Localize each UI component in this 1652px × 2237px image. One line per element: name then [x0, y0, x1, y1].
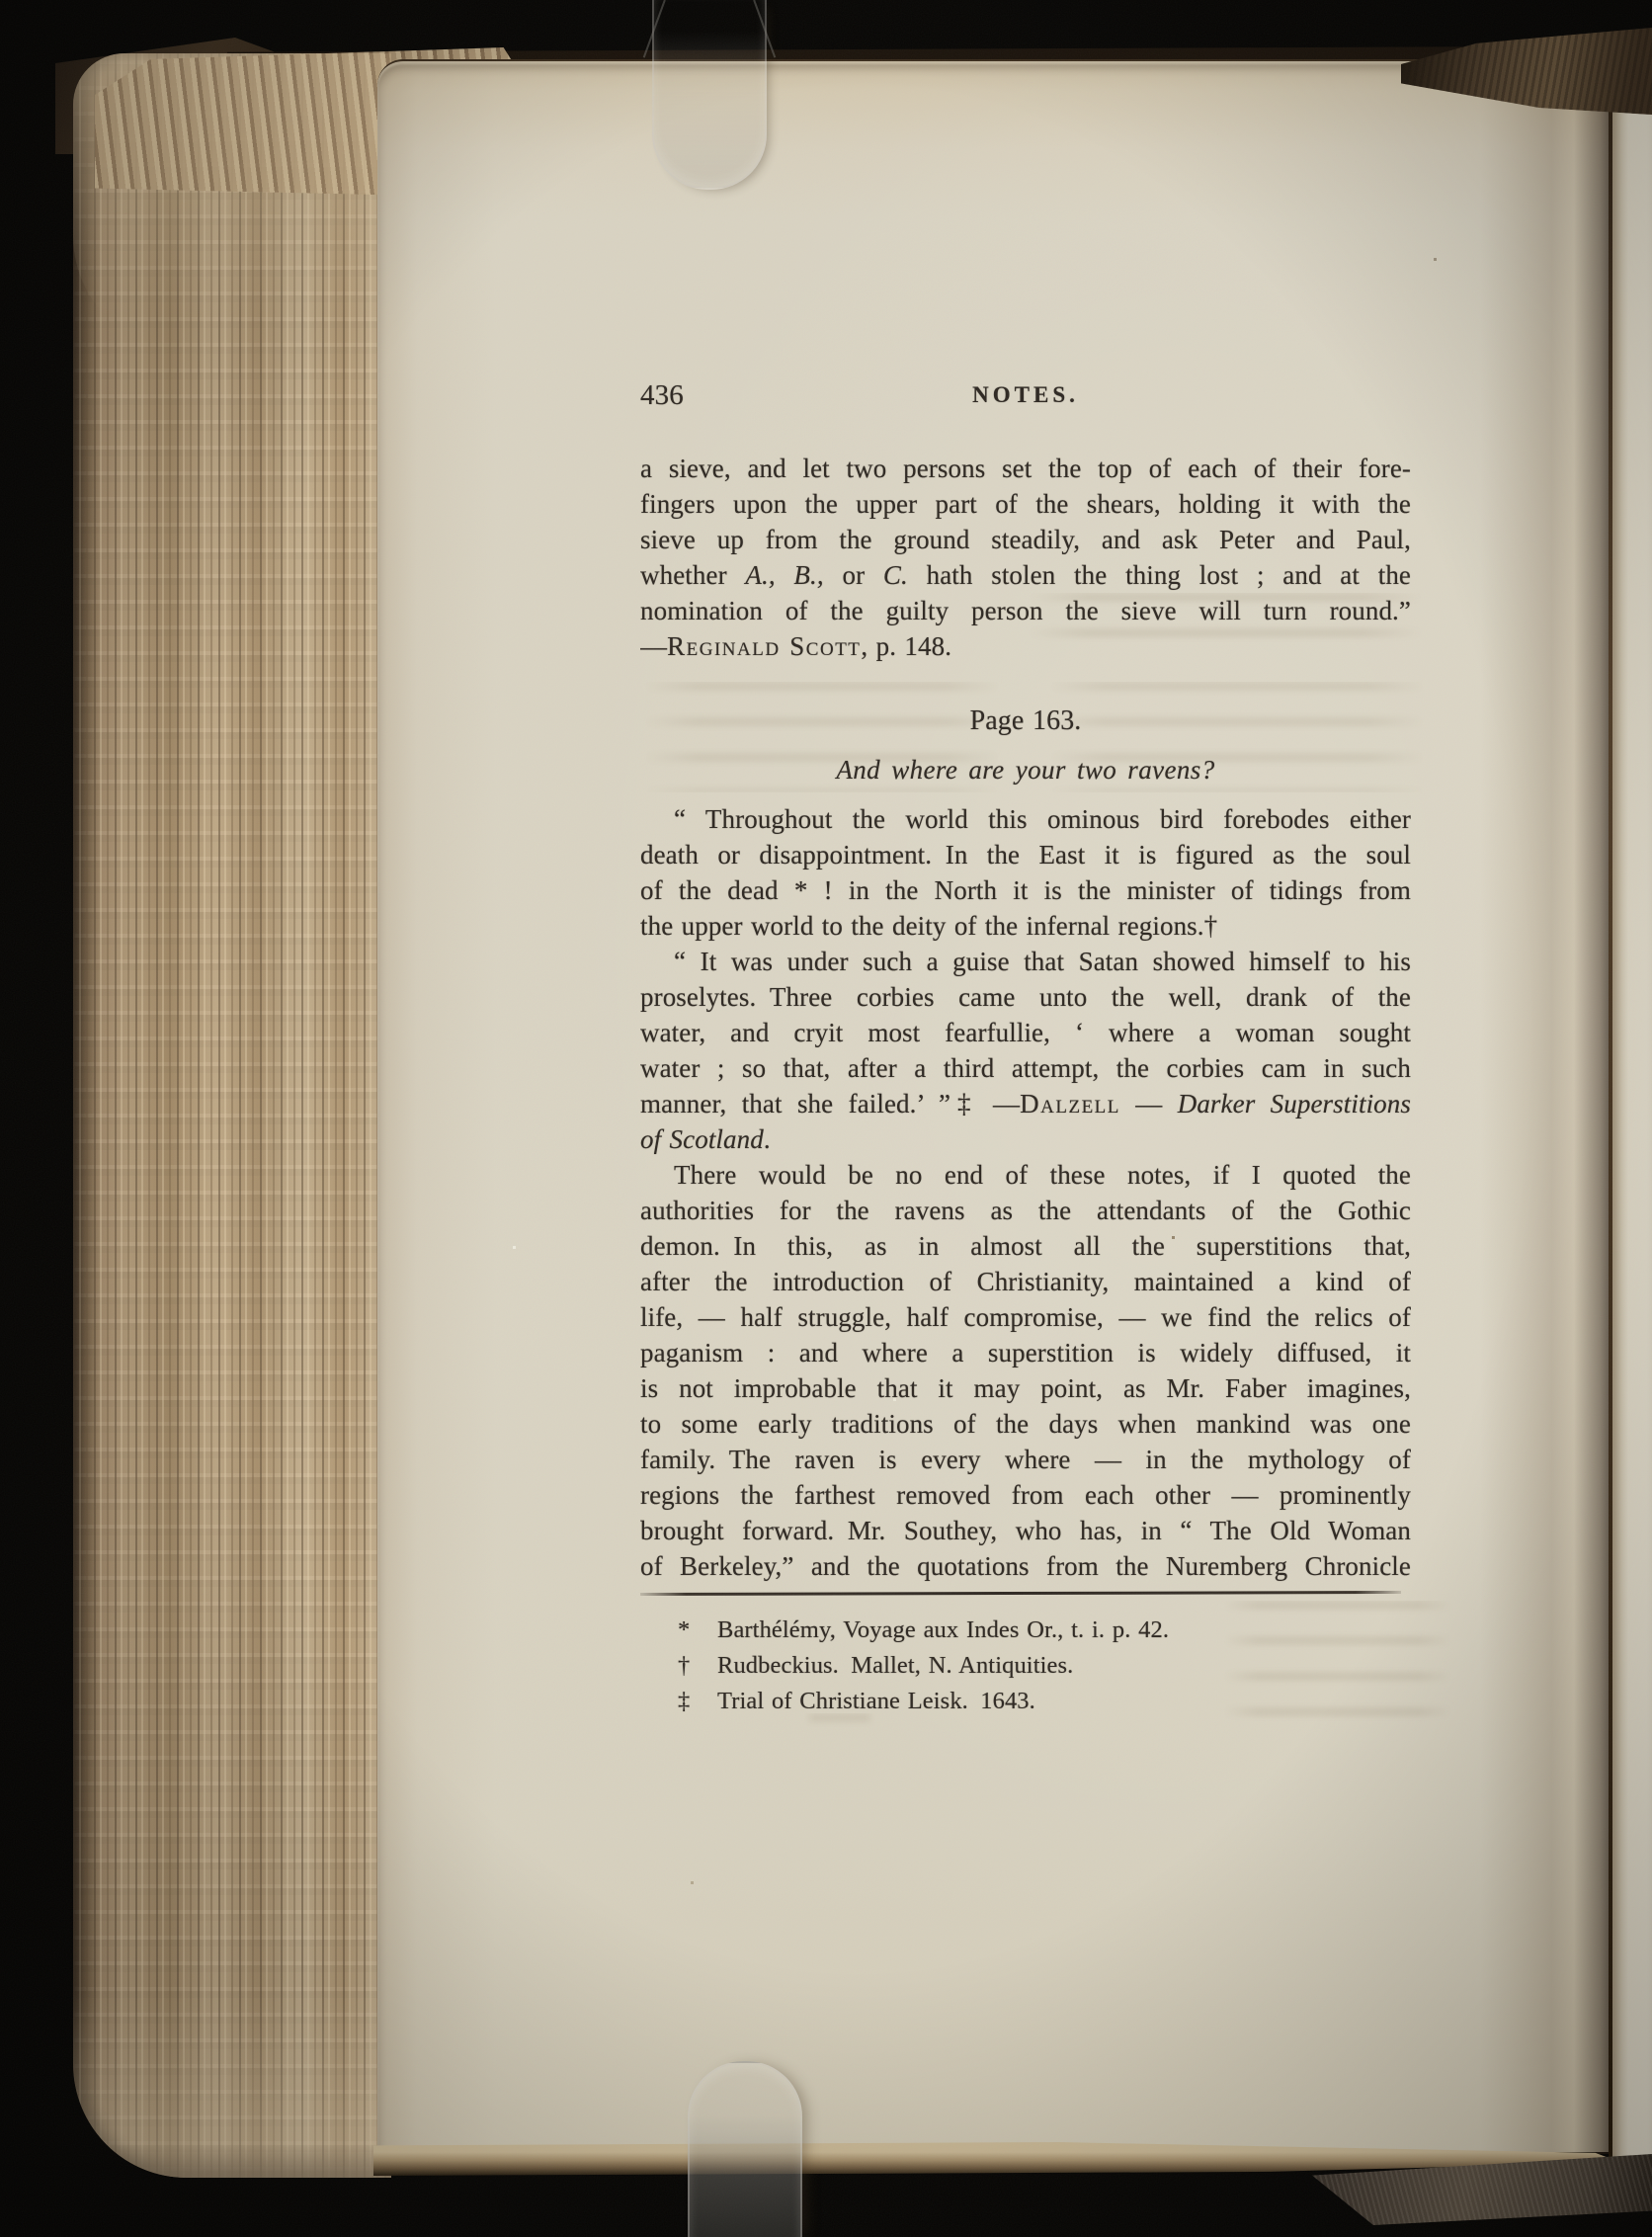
text-line: is not improbable that it may point, as …: [640, 1370, 1411, 1406]
gutter-shadow: [1480, 59, 1611, 2154]
text-line: regions the farthest removed from each o…: [640, 1477, 1411, 1513]
text-line: sieve up from the ground steadily, and a…: [640, 522, 1411, 557]
paragraph-group-main: “ Throughout the world this ominous bird…: [640, 801, 1411, 1584]
page-holder-strap-bottom: [688, 2061, 802, 2237]
text-line: of Scotland.: [640, 1121, 1411, 1157]
text-line: whether A., B., or C. hath stolen the th…: [640, 557, 1411, 593]
ravens-omen-paragraph: “ Throughout the world this ominous bird…: [640, 801, 1411, 944]
text-line: brought forward. Mr. Southey, who has, i…: [640, 1513, 1411, 1548]
text-line: authorities for the ravens as the attend…: [640, 1193, 1411, 1228]
paragraph-group-top: a sieve, and let two persons set the top…: [640, 451, 1411, 664]
text-line: of Berkeley,” and the quotations from th…: [640, 1548, 1411, 1584]
raven-mythology-paragraph: There would be no end of these notes, if…: [640, 1157, 1411, 1584]
footnote: ‡Trial of Christiane Leisk. 1643.: [678, 1684, 1411, 1719]
footnote: *Barthélémy, Voyage aux Indes Or., t. i.…: [678, 1613, 1411, 1648]
text-line: demon. In this, as in almost all the sup…: [640, 1228, 1411, 1264]
text-line: “ Throughout the world this ominous bird…: [640, 801, 1411, 837]
text-line: of the dead * ! in the North it is the m…: [640, 872, 1411, 908]
text-line: water, and cryit most fearfullie, ‘ wher…: [640, 1015, 1411, 1050]
running-head: NOTES.: [972, 377, 1079, 413]
text-line: fingers upon the upper part of the shear…: [640, 486, 1411, 522]
footnote-marker: *: [678, 1613, 717, 1648]
text-line: a sieve, and let two persons set the top…: [640, 451, 1411, 486]
text-line: after the introduction of Christianity, …: [640, 1264, 1411, 1299]
text-line: manner, that she failed.’ ”‡ —Dalzell — …: [640, 1086, 1411, 1121]
section-heading: Page 163.: [640, 704, 1411, 739]
footnotes-block: *Barthélémy, Voyage aux Indes Or., t. i.…: [640, 1613, 1411, 1719]
text-line: There would be no end of these notes, if…: [640, 1157, 1411, 1193]
footnote-text: Rudbeckius. Mallet, N. Antiquities.: [717, 1652, 1073, 1679]
facing-page-edge: [1612, 61, 1652, 2176]
text-line: paganism : and where a superstition is w…: [640, 1335, 1411, 1370]
footnote-text: Barthélémy, Voyage aux Indes Or., t. i. …: [717, 1616, 1169, 1643]
page-stack-fore-edge: [73, 53, 391, 2178]
text-line: to some early traditions of the days whe…: [640, 1406, 1411, 1442]
text-line: death or disappointment. In the East it …: [640, 837, 1411, 872]
text-line: nomination of the guilty person the siev…: [640, 593, 1411, 628]
epigraph-line: And where are your two ravens?: [640, 752, 1411, 787]
page-holder-strap-top: [652, 0, 767, 190]
text-line: life, — half struggle, half compromise, …: [640, 1299, 1411, 1335]
page-header: 436 NOTES.: [640, 377, 1411, 413]
text-line: family. The raven is every where — in th…: [640, 1442, 1411, 1477]
page-number: 436: [640, 379, 684, 411]
text-line: water ; so that, after a third attempt, …: [640, 1050, 1411, 1086]
dust-specks: [0, 0, 1, 1]
footnote-rule: [640, 1591, 1401, 1596]
text-line: “ It was under such a guise that Satan s…: [640, 944, 1411, 979]
footnote-text: Trial of Christiane Leisk. 1643.: [717, 1688, 1035, 1714]
book-photo-scene: 436 NOTES. a sieve, and let two persons …: [0, 0, 1652, 2237]
sieve-quotation-paragraph: a sieve, and let two persons set the top…: [640, 451, 1411, 664]
text-line: proselytes. Three corbies came unto the …: [640, 979, 1411, 1015]
footnote-marker: †: [678, 1648, 717, 1684]
text-line: the upper world to the deity of the infe…: [640, 908, 1411, 944]
footnote-marker: ‡: [678, 1684, 717, 1719]
page-text-block: 436 NOTES. a sieve, and let two persons …: [640, 377, 1411, 1719]
text-line: —Reginald Scott, p. 148.: [640, 628, 1411, 664]
footnote: †Rudbeckius. Mallet, N. Antiquities.: [678, 1648, 1411, 1684]
satan-corbies-paragraph: “ It was under such a guise that Satan s…: [640, 944, 1411, 1157]
